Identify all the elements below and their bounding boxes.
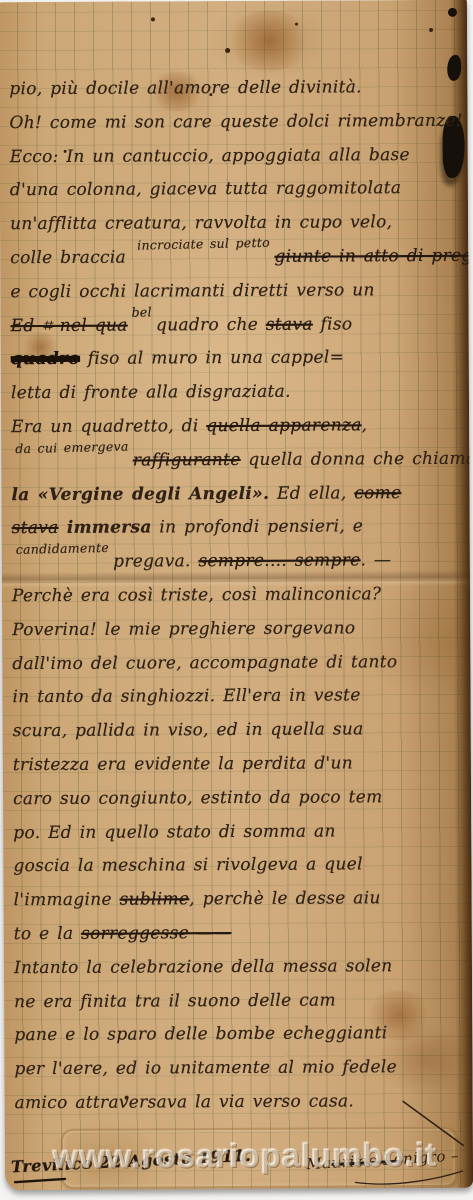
text-segment: giunte in atto di preghiera	[274, 245, 473, 266]
manuscript-line: caro suo congiunto, estinto da poco tem	[13, 781, 465, 817]
text-segment: incrociate sul petto	[137, 226, 271, 263]
manuscript-line: Perchè era così triste, così malinconica…	[12, 578, 464, 614]
text-segment: dall'imo del cuore, accompagnate di tant…	[12, 652, 397, 674]
text-segment: , perchè le desse aiu	[189, 888, 380, 909]
text-segment: Ecco: In un cantuccio, appoggiata alla b…	[10, 145, 410, 167]
manuscript-line: da cui emergevaraffigurante quella donna…	[11, 443, 463, 479]
text-segment: fiso al muro in una cappel=	[80, 348, 344, 369]
manuscript-line: d'una colonna, giaceva tutta raggomitola…	[10, 172, 462, 208]
speck	[429, 28, 433, 32]
manuscript-line: scura, pallida in viso, ed in quella sua	[13, 713, 465, 749]
manuscript-line: to e la sorreggesse ——	[14, 916, 466, 952]
text-segment: candidamente	[15, 531, 109, 567]
manuscript-line: quadro fiso al muro in una cappel=	[11, 341, 463, 377]
text-segment: stava	[266, 314, 313, 334]
text-segment: ne era finita tra il suono delle cam	[14, 990, 336, 1012]
ink-blot	[448, 8, 457, 17]
text-segment: letta di fronte alla disgraziata.	[11, 382, 291, 403]
stain	[224, 11, 314, 71]
watermark: www.rosariopalumbo.it	[21, 1136, 469, 1176]
manuscript-line: Ecco: In un cantuccio, appoggiata alla b…	[10, 138, 462, 174]
text-segment: bel	[131, 295, 152, 329]
text-segment: ,	[362, 415, 368, 435]
text-segment: come	[354, 483, 401, 503]
manuscript-line: colle braccia incrociate sul pettogiunte…	[10, 240, 462, 276]
text-segment: pio, più docile all'amore delle divinità…	[9, 77, 362, 99]
manuscript-line: Poverina! le mie preghiere sorgevano	[12, 612, 464, 648]
text-segment: Ed ⌗ nel qua	[11, 315, 128, 336]
manuscript-line: pio, più docile all'amore delle divinità…	[9, 71, 461, 107]
text-segment: fiso	[313, 314, 353, 334]
manuscript-lines: pio, più docile all'amore delle divinità…	[9, 71, 466, 1121]
text-segment: sempre.... sempre	[198, 551, 360, 572]
text-segment: amico attraversava la via verso casa.	[15, 1091, 355, 1113]
text-segment: quella apparenza	[206, 415, 361, 436]
manuscript-line: in tanto da singhiozzi. Ell'era in veste	[12, 679, 464, 715]
manuscript-line: pane e lo sparo delle bombe echeggianti	[14, 1017, 466, 1053]
manuscript-line: tristezza era evidente la perdita d'un	[13, 747, 465, 783]
text-segment: la «Vergine degli Angeli».	[11, 483, 269, 504]
manuscript-line: e cogli occhi lacrimanti diretti verso u…	[10, 274, 462, 310]
manuscript-page: pio, più docile all'amore delle divinità…	[0, 0, 473, 1190]
speck	[151, 17, 155, 21]
text-segment: Ed ella,	[269, 483, 354, 503]
manuscript-line: per l'aere, ed io unitamente al mio fede…	[14, 1051, 466, 1087]
text-segment: per l'aere, ed io unitamente al mio fede…	[14, 1057, 397, 1079]
manuscript-line: po. Ed in quello stato di somma an	[13, 814, 465, 850]
text-segment: e cogli occhi lacrimanti diretti verso u…	[10, 280, 374, 302]
speck	[295, 23, 298, 26]
text-segment: in tanto da singhiozzi. Ell'era in veste	[12, 686, 360, 708]
manuscript-line: Intanto la celebrazione della messa sole…	[14, 950, 466, 986]
text-segment: goscia la meschina si rivolgeva a quel	[13, 855, 362, 877]
text-segment: tristezza era evidente la perdita d'un	[13, 753, 353, 775]
manuscript-line: amico attraversava la via verso casa.	[15, 1085, 467, 1121]
text-segment: quella donna che chiamano	[241, 448, 473, 469]
text-segment: quadro	[11, 349, 80, 369]
text-segment: d'una colonna, giaceva tutta raggomitola…	[10, 179, 402, 201]
manuscript-line: letta di fronte alla disgraziata.	[11, 375, 463, 411]
text-segment: caro suo congiunto, estinto da poco tem	[13, 787, 383, 809]
speck	[225, 48, 230, 53]
page-scan: pio, più docile all'amore delle divinità…	[0, 0, 473, 1200]
text-segment: scura, pallida in viso, ed in quella sua	[13, 719, 364, 741]
text-segment: . —	[360, 550, 391, 570]
text-segment: da cui emergeva	[15, 429, 129, 465]
text-segment: pane e lo sparo delle bombe echeggianti	[14, 1024, 387, 1046]
manuscript-line: goscia la meschina si rivolgeva a quel	[13, 848, 465, 884]
manuscript-line: dall'imo del cuore, accompagnate di tant…	[12, 645, 464, 681]
text-segment: po. Ed in quello stato di somma an	[13, 821, 336, 843]
text-segment: to e la	[14, 924, 81, 944]
text-segment: raffigurante	[133, 450, 241, 471]
text-segment: l'immagine	[14, 890, 120, 911]
text-segment: sublime	[120, 889, 190, 909]
text-segment: colle braccia	[10, 248, 134, 269]
manuscript-line: candidamentepregava. sempre.... sempre. …	[12, 544, 464, 580]
manuscript-line: Oh! come mi son care queste dolci rimemb…	[9, 105, 461, 141]
text-segment: Intanto la celebrazione della messa sole…	[14, 956, 393, 978]
manuscript-line: Ed ⌗ nel quabelquadro che stava fiso	[11, 307, 463, 343]
manuscript-line: l'immagine sublime, perchè le desse aiu	[14, 882, 466, 918]
text-segment: Poverina! le mie preghiere sorgevano	[12, 618, 355, 640]
text-segment: Oh! come mi son care queste dolci rimemb…	[9, 111, 463, 133]
text-segment: in profondi pensieri, e	[152, 517, 363, 538]
manuscript-line: ne era finita tra il suono delle cam	[14, 983, 466, 1019]
text-segment: Perchè era così triste, così malinconica…	[12, 584, 381, 606]
text-segment: quadro che	[156, 314, 266, 335]
manuscript-line: la «Vergine degli Angeli». Ed ella, come	[11, 476, 463, 512]
text-segment: pregava.	[113, 551, 198, 571]
text-segment: sorreggesse ——	[81, 923, 231, 944]
